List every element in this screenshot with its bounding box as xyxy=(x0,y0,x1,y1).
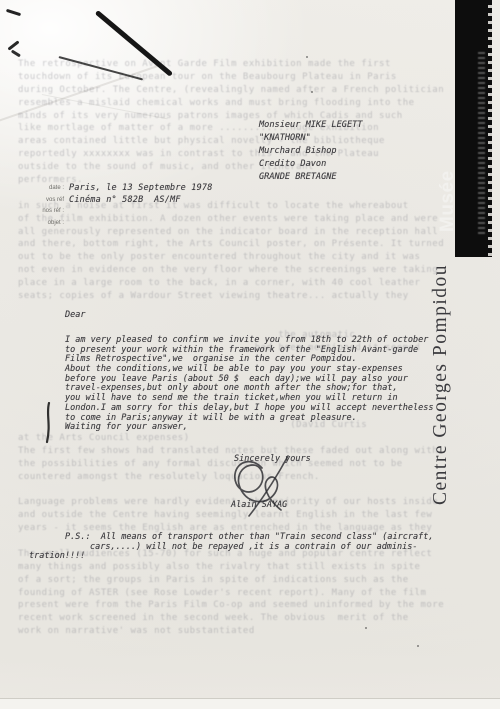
bleedthrough-line: work on narrative' was not substantiated xyxy=(18,625,463,638)
paper-speck xyxy=(311,91,313,93)
black-bar-ragged-edge xyxy=(488,0,492,257)
bleedthrough-line: many things and possibly also the rivalr… xyxy=(18,561,463,574)
edge-ink-mark xyxy=(6,9,21,16)
musee-label: Musée xyxy=(437,170,459,232)
paper-speck xyxy=(417,645,419,647)
body-line: Waiting for your answer, xyxy=(65,423,433,433)
paper-speck xyxy=(306,56,308,58)
bleedthrough-line: outside to the sound of music, and other… xyxy=(18,161,463,174)
edge-ink-mark xyxy=(7,40,19,50)
objet-row: objet : xyxy=(34,218,213,230)
postscript-line: cars,....) will not be repayed ,it is a … xyxy=(90,543,433,553)
vos-ref-label: vos réf xyxy=(34,195,64,203)
bleedthrough-line: reportedly xxxxxxxx was in contrast to t… xyxy=(18,148,463,161)
bleedthrough-line: present were from the Paris Film Co-op a… xyxy=(18,599,463,612)
bleedthrough-line: recent work screened in the second week.… xyxy=(18,612,463,625)
signature-scribble xyxy=(222,452,332,522)
recipient-line: Credito Davon xyxy=(259,158,362,171)
bleedthrough-line: and there, bottom right, the Arts Counci… xyxy=(18,238,463,251)
letter-body: I am very pleased to confirm we invite y… xyxy=(65,336,433,433)
postscript-line: tration!!!! xyxy=(29,552,433,562)
bleedthrough-line: not even in evidence on the very floor w… xyxy=(18,264,463,277)
objet-label: objet : xyxy=(34,218,64,226)
bleedthrough-line: founding of ASTER (see Rose Lowder's rec… xyxy=(18,587,463,600)
scanned-letter-page: The retrospective on Avant Garde Film ex… xyxy=(0,0,500,709)
bleedthrough-line: areas contained little but physical nove… xyxy=(18,135,463,148)
bleedthrough-line: of a sort; the groups in Paris in spite … xyxy=(18,574,463,587)
edge-ink-mark xyxy=(11,50,21,57)
nos-ref-row: nos réf : xyxy=(34,206,213,218)
vos-ref-value: Cinéma n° 582B AS/MF xyxy=(69,195,181,205)
recipient-address-block: Monsieur MIKE LEGETT"KNATHORN"Murchard B… xyxy=(259,119,362,184)
institution-label: Centre Georges Pompidou xyxy=(430,264,452,505)
date-label: date : xyxy=(34,183,64,191)
reference-block: date : Paris, le 13 Septembre 1978 vos r… xyxy=(34,183,213,229)
date-value: Paris, le 13 Septembre 1978 xyxy=(69,183,213,193)
recipient-line: Murchard Bishop xyxy=(259,145,362,158)
date-row: date : Paris, le 13 Septembre 1978 xyxy=(34,183,213,195)
vos-ref-row: vos réf Cinéma n° 582B AS/MF xyxy=(34,195,213,207)
black-bar-texture xyxy=(478,52,485,234)
scan-bottom-edge xyxy=(0,698,500,709)
bleedthrough-line: touchdown of its European tour on the Be… xyxy=(18,71,463,84)
bleedthrough-line: place in a large room to the back, in a … xyxy=(18,277,463,290)
salutation: Dear xyxy=(65,310,85,320)
recipient-line: "KNATHORN" xyxy=(259,132,362,145)
bleedthrough-line: minds of its very numerous patrons image… xyxy=(18,110,463,123)
bleedthrough-line: at the Arts Council expenses) xyxy=(18,432,463,445)
bleedthrough-line: like mortlage of matter of a more ......… xyxy=(18,122,463,135)
recipient-line: GRANDE BRETAGNE xyxy=(259,171,362,184)
bleedthrough-line: out to be the only poster encountered th… xyxy=(18,251,463,264)
margin-pen-mark xyxy=(44,402,54,444)
nos-ref-label: nos réf : xyxy=(34,206,64,214)
paper-speck xyxy=(365,627,367,629)
bleedthrough-line: seats; copies of a Wardour Street viewin… xyxy=(18,290,463,303)
recipient-line: Monsieur MIKE LEGETT xyxy=(259,119,362,132)
postscript: P.S.: All means of transport other than … xyxy=(65,533,433,562)
